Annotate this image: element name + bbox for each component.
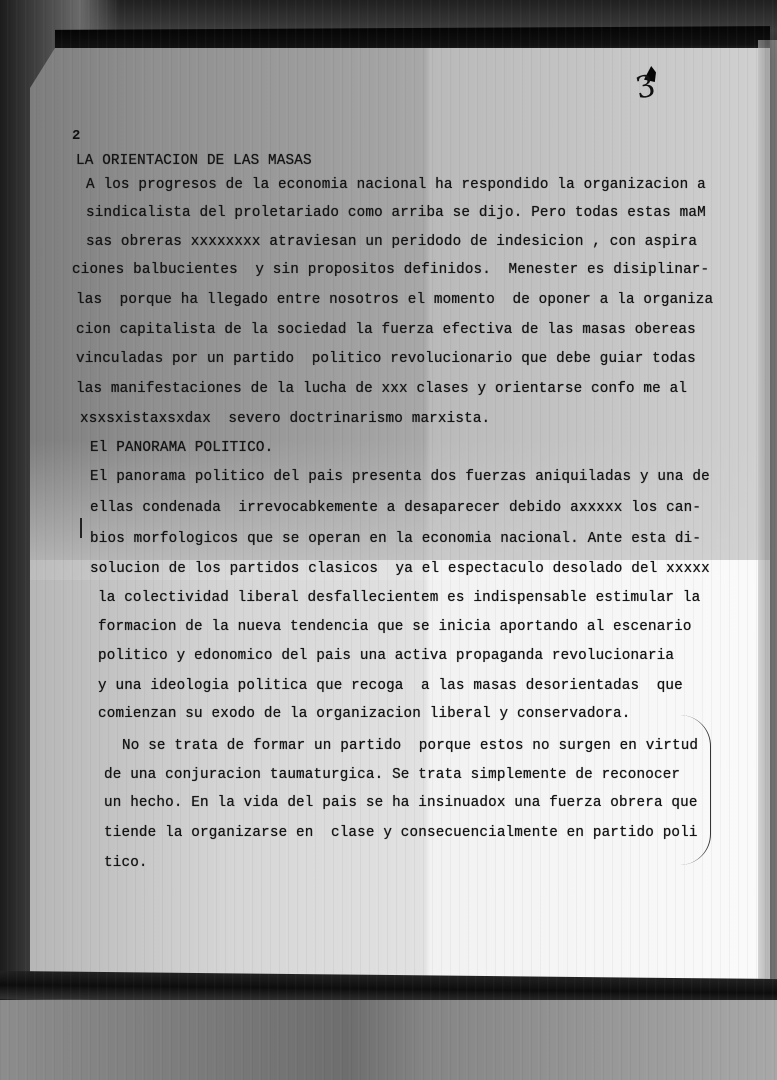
handwritten-bracket (680, 715, 711, 865)
text-line: A los progresos de la economia nacional … (86, 177, 706, 193)
text-line: No se trata de formar un partido porque … (122, 738, 698, 754)
text-line: cion capitalista de la sociedad la fuerz… (76, 322, 696, 338)
text-line: tiende la organizarse en clase y consecu… (104, 825, 698, 841)
text-line: las porque ha llegado entre nosotros el … (76, 292, 713, 308)
text-line: formacion de la nueva tendencia que se i… (98, 619, 692, 635)
text-line: bios morfologicos que se operan en la ec… (90, 531, 701, 547)
text-line: tico. (104, 855, 148, 871)
scan-bottom-area (0, 1000, 777, 1080)
text-line: ellas condenada irrevocabkemente a desap… (90, 500, 701, 516)
text-line: la colectividad liberal desfallecientem … (98, 590, 700, 606)
text-line: un hecho. En la vida del pais se ha insi… (104, 795, 698, 811)
text-line: y una ideologia politica que recoga a la… (98, 678, 683, 694)
margin-tick-mark (80, 518, 82, 538)
text-line: El panorama politico del pais presenta d… (90, 469, 710, 485)
text-line: sindicalista del proletariado como arrib… (86, 205, 706, 221)
text-line: ciones balbucientes y sin propositos def… (72, 262, 709, 278)
text-line: xsxsxistaxsxdax severo doctrinarismo mar… (80, 411, 490, 427)
text-line: solucion de los partidos clasicos ya el … (90, 561, 710, 577)
text-line: politico y edonomico del pais una activa… (98, 648, 674, 664)
text-line: sas obreras xxxxxxxx atraviesan un perid… (86, 234, 697, 250)
paper-right-edge (758, 40, 777, 1000)
text-line: las manifestaciones de la lucha de xxx c… (76, 381, 687, 397)
text-line: vinculadas por un partido politico revol… (76, 351, 696, 367)
text-line: de una conjuracion taumaturgica. Se trat… (104, 767, 680, 783)
heading-panorama: El PANORAMA POLITICO. (90, 440, 273, 456)
typed-page-number: 2 (72, 128, 80, 144)
text-line: comienzan su exodo de la organizacion li… (98, 706, 631, 722)
heading-orientacion: LA ORIENTACION DE LAS MASAS (76, 153, 312, 169)
